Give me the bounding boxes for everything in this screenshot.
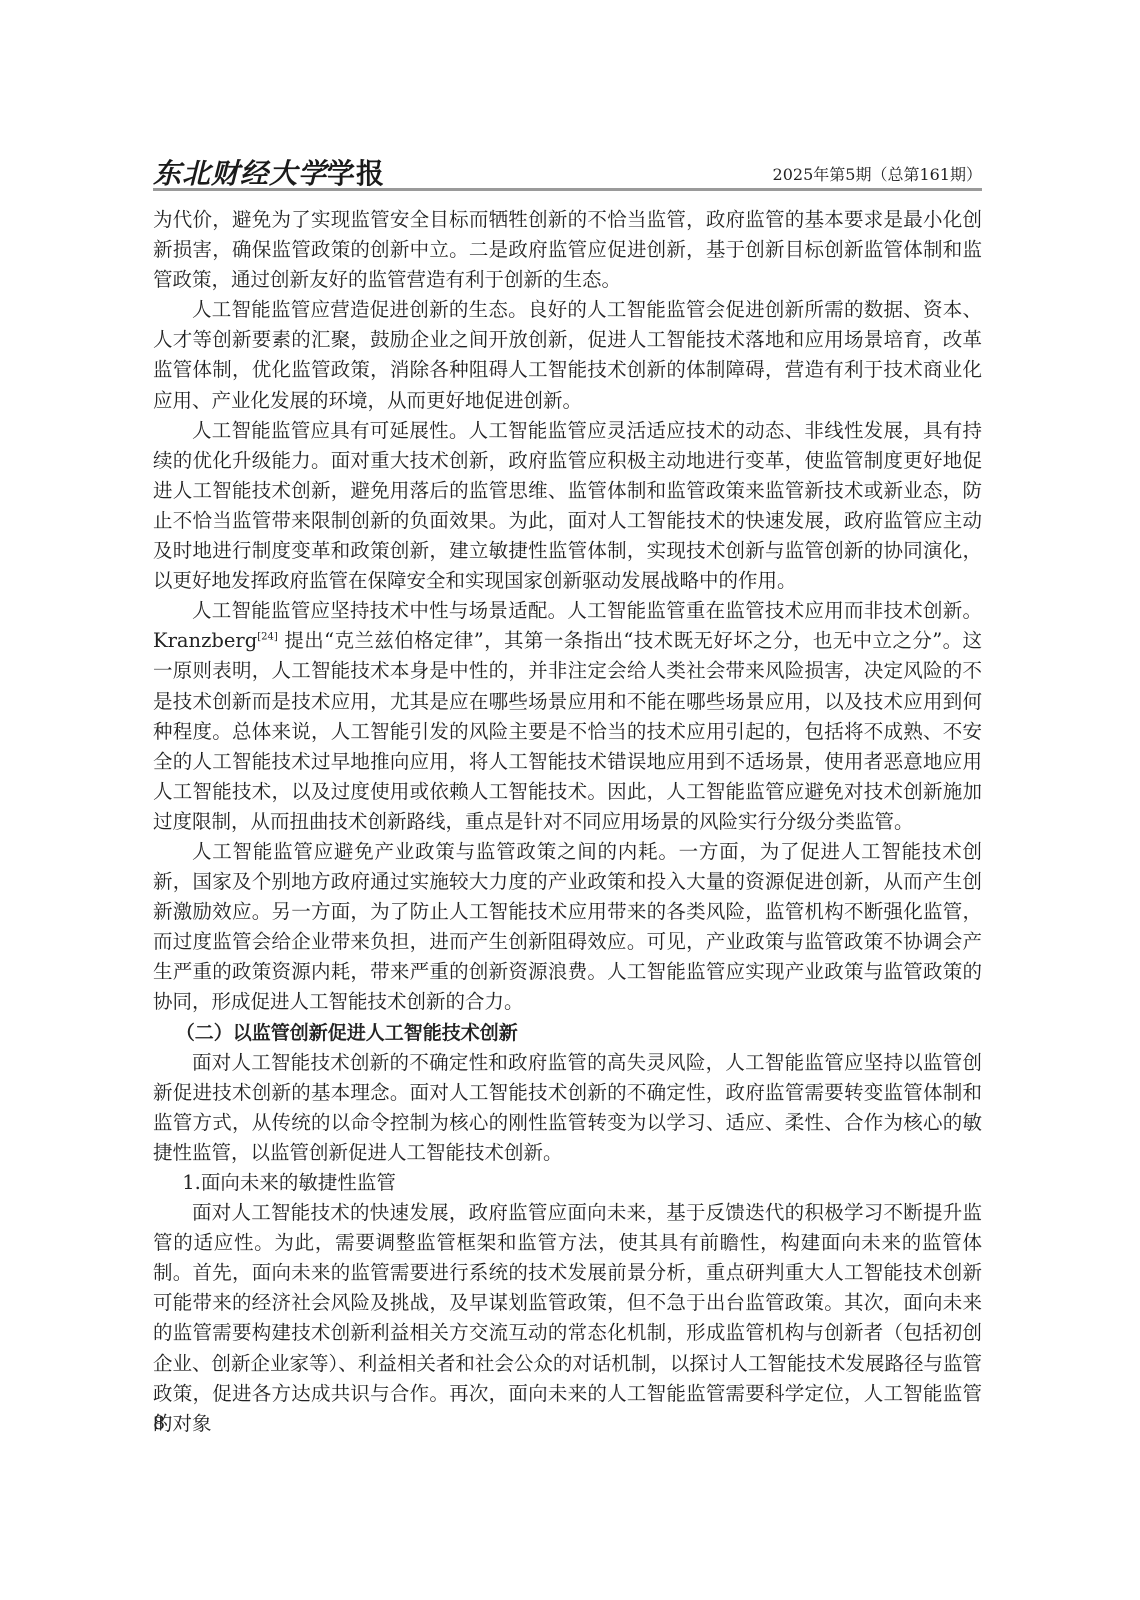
running-header: 东北财经大学学报 2025年第5期（总第161期） — [153, 152, 982, 190]
issue-info: 2025年第5期（总第161期） — [773, 162, 982, 185]
journal-title-suffix: 学报 — [327, 157, 385, 190]
citation-ref[interactable]: [24] — [257, 632, 278, 643]
subsection-heading: 1.面向未来的敏捷性监管 — [153, 1168, 982, 1198]
article-body: 为代价，避免为了实现监管安全目标而牺牲创新的不恰当监管，政府监管的基本要求是最小… — [153, 205, 982, 1439]
paragraph: 面对人工智能技术创新的不确定性和政府监管的高失灵风险，人工智能监管应坚持以监管创… — [153, 1048, 982, 1168]
page-number: 8 — [153, 1412, 165, 1434]
header-rule — [153, 188, 982, 191]
journal-title-script: 东北财经大学 — [153, 157, 327, 190]
paragraph-text: 提出“克兰兹伯格定律”，其第一条指出“技术既无好坏之分，也无中立之分”。这一原则… — [153, 629, 982, 833]
journal-title: 东北财经大学学报 — [153, 152, 385, 192]
section-heading: （二）以监管创新促进人工智能技术创新 — [153, 1018, 982, 1048]
paragraph: 人工智能监管应营造促进创新的生态。良好的人工智能监管会促进创新所需的数据、资本、… — [153, 295, 982, 415]
paragraph-with-citation: 人工智能监管应坚持技术中性与场景适配。人工智能监管重在监管技术应用而非技术创新。… — [153, 596, 982, 837]
paragraph-continuation: 为代价，避免为了实现监管安全目标而牺牲创新的不恰当监管，政府监管的基本要求是最小… — [153, 205, 982, 295]
paragraph: 人工智能监管应具有可延展性。人工智能监管应灵活适应技术的动态、非线性发展，具有持… — [153, 416, 982, 597]
paragraph: 面对人工智能技术的快速发展，政府监管应面向未来，基于反馈迭代的积极学习不断提升监… — [153, 1198, 982, 1439]
paragraph: 人工智能监管应避免产业政策与监管政策之间的内耗。一方面，为了促进人工智能技术创新… — [153, 837, 982, 1018]
